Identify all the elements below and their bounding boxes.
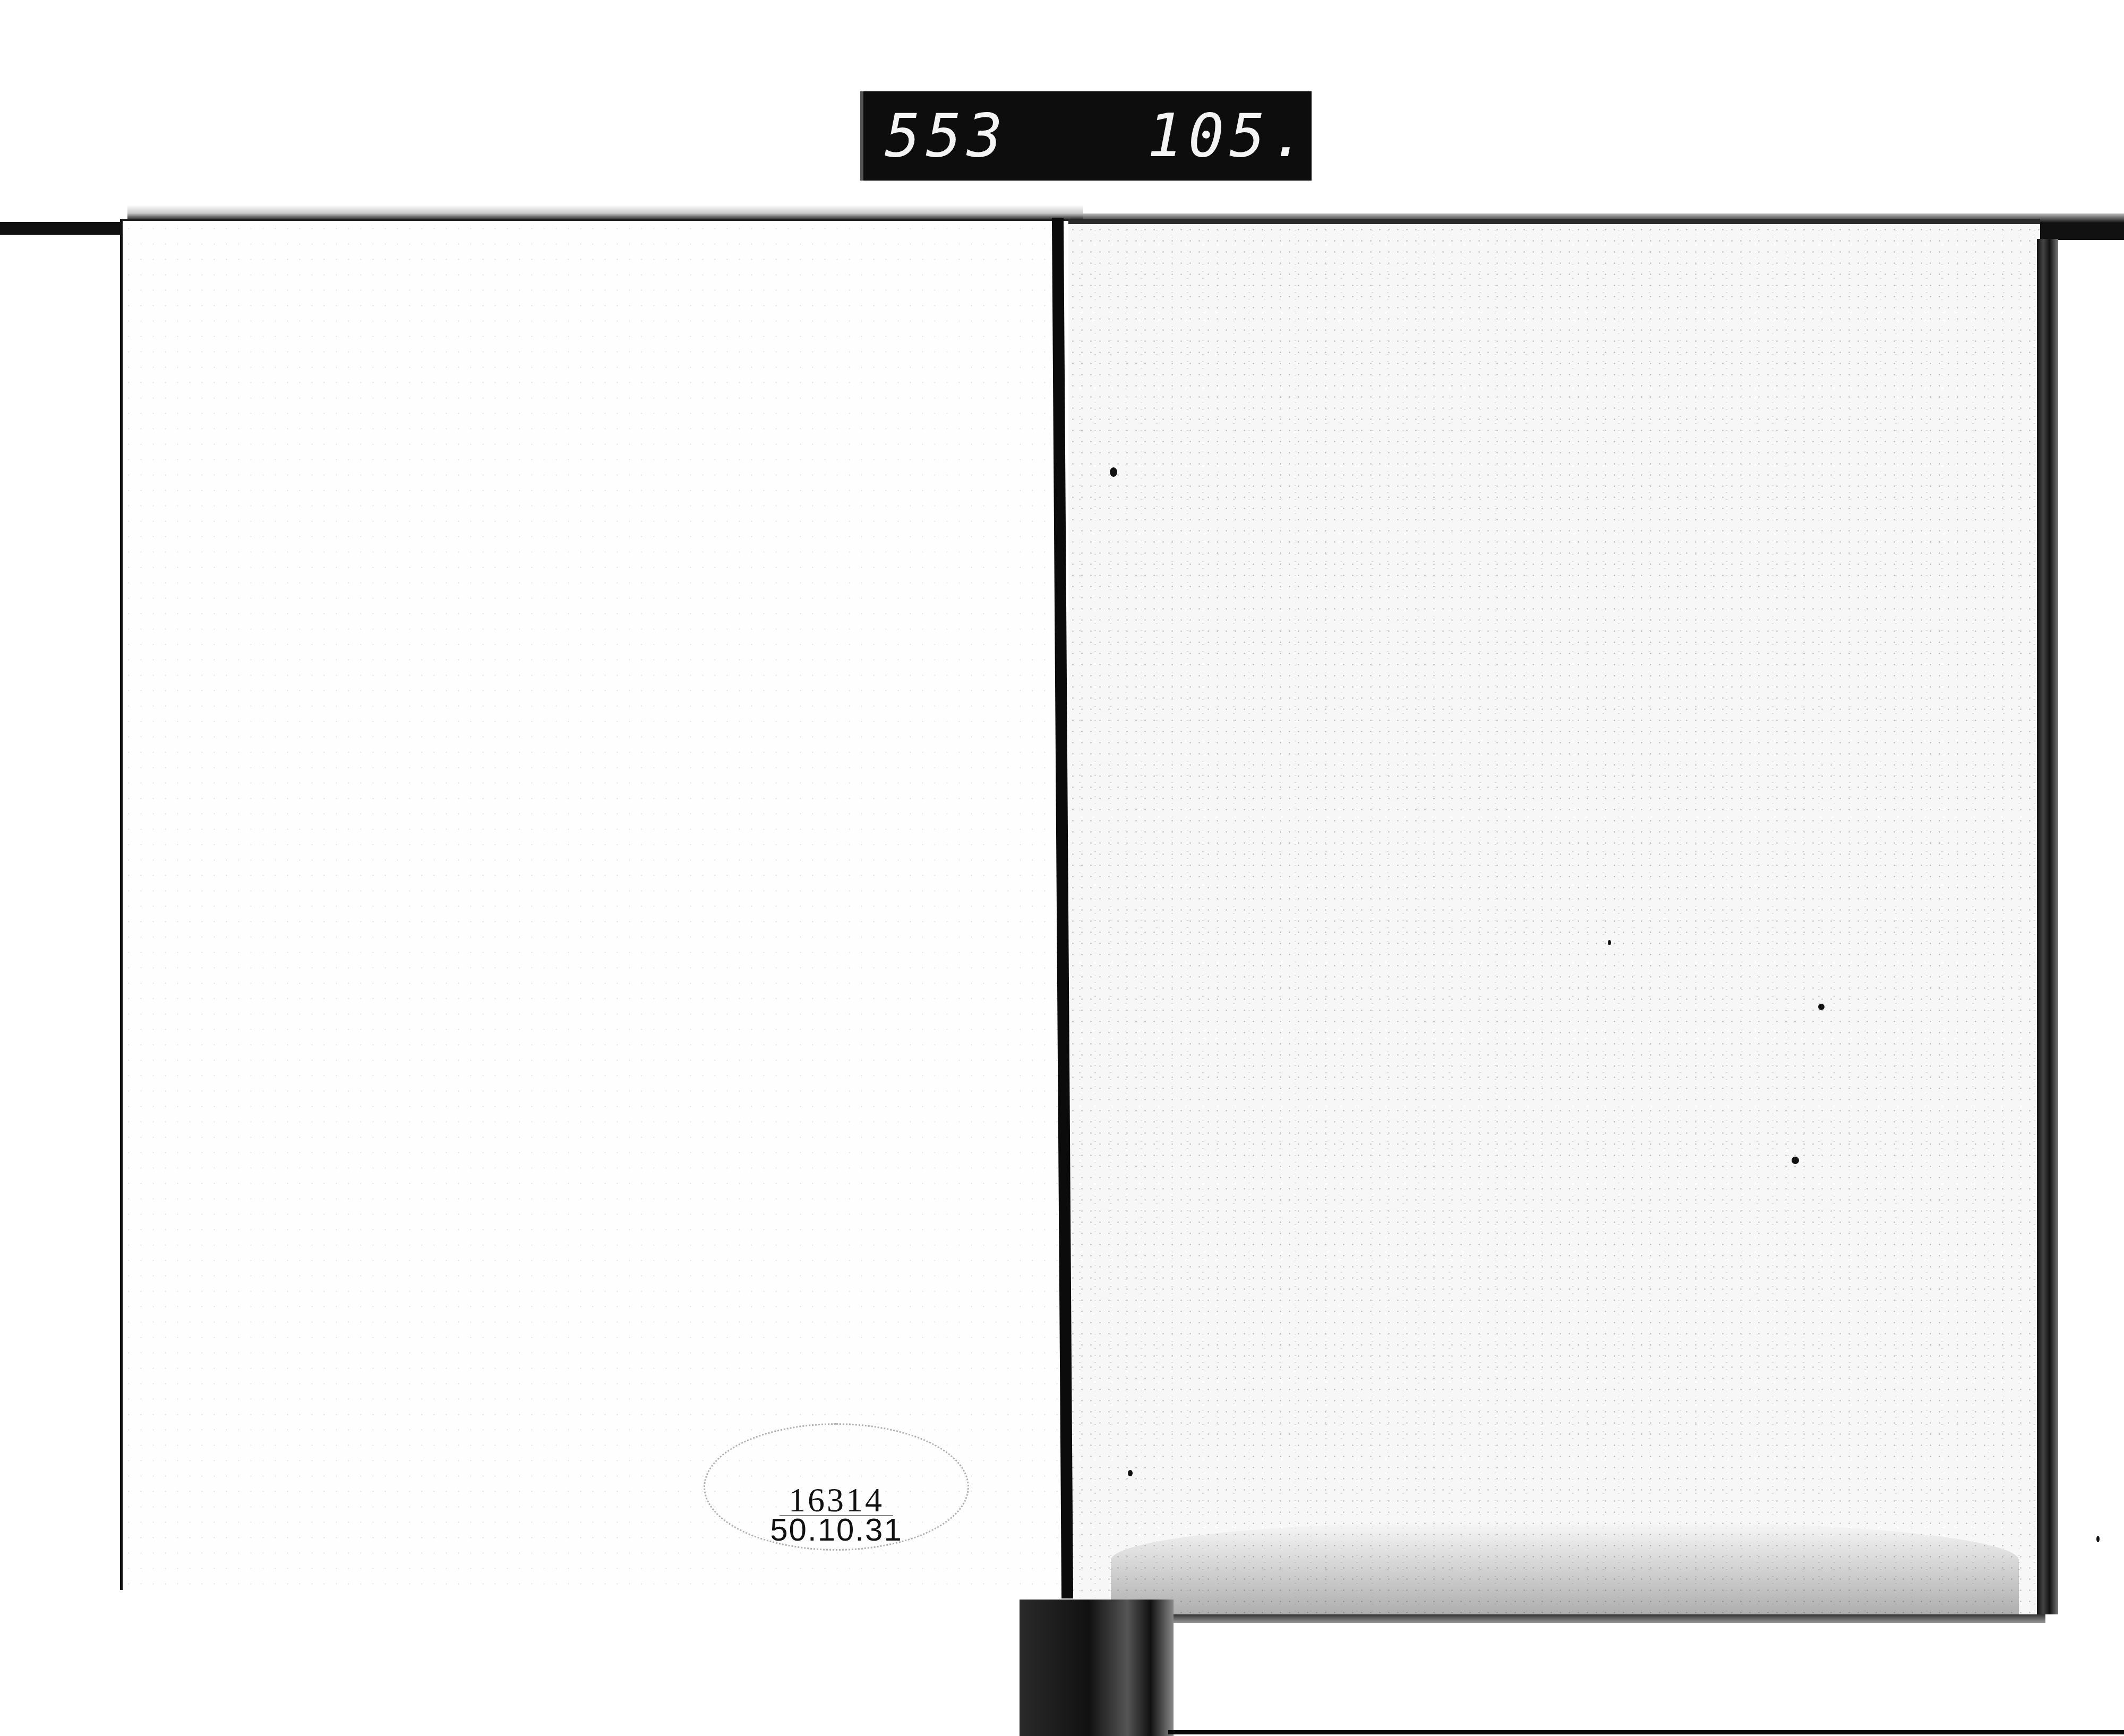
reel-number: 553 [885, 101, 1090, 170]
page-holder-clip [1020, 1600, 1174, 1736]
scan-bottom-border [1168, 1730, 2124, 1734]
accession-stamp: 16314 50.10.31 [704, 1423, 969, 1551]
foxing-speck [1608, 940, 1611, 945]
foxing-speck [1818, 1004, 1825, 1010]
right-page-fore-edge [2037, 239, 2058, 1614]
microfilm-scan: 553 105. 16314 50.10.31 [0, 0, 2124, 1736]
frame-number: 105. [1147, 101, 1312, 170]
frame-counter-label: 553 105. [860, 91, 1312, 181]
right-page-bottom-edge [1068, 1614, 2045, 1623]
foxing-speck [2096, 1536, 2100, 1542]
foxing-speck [1110, 467, 1117, 477]
page-top-edge [127, 205, 1083, 220]
right-page [1068, 219, 2040, 1618]
left-page [120, 219, 1083, 1590]
foxing-speck [1792, 1157, 1799, 1164]
foxing-speck [1128, 1470, 1133, 1476]
accession-date: 50.10.31 [705, 1514, 967, 1546]
binding-shadow-left [0, 222, 123, 235]
